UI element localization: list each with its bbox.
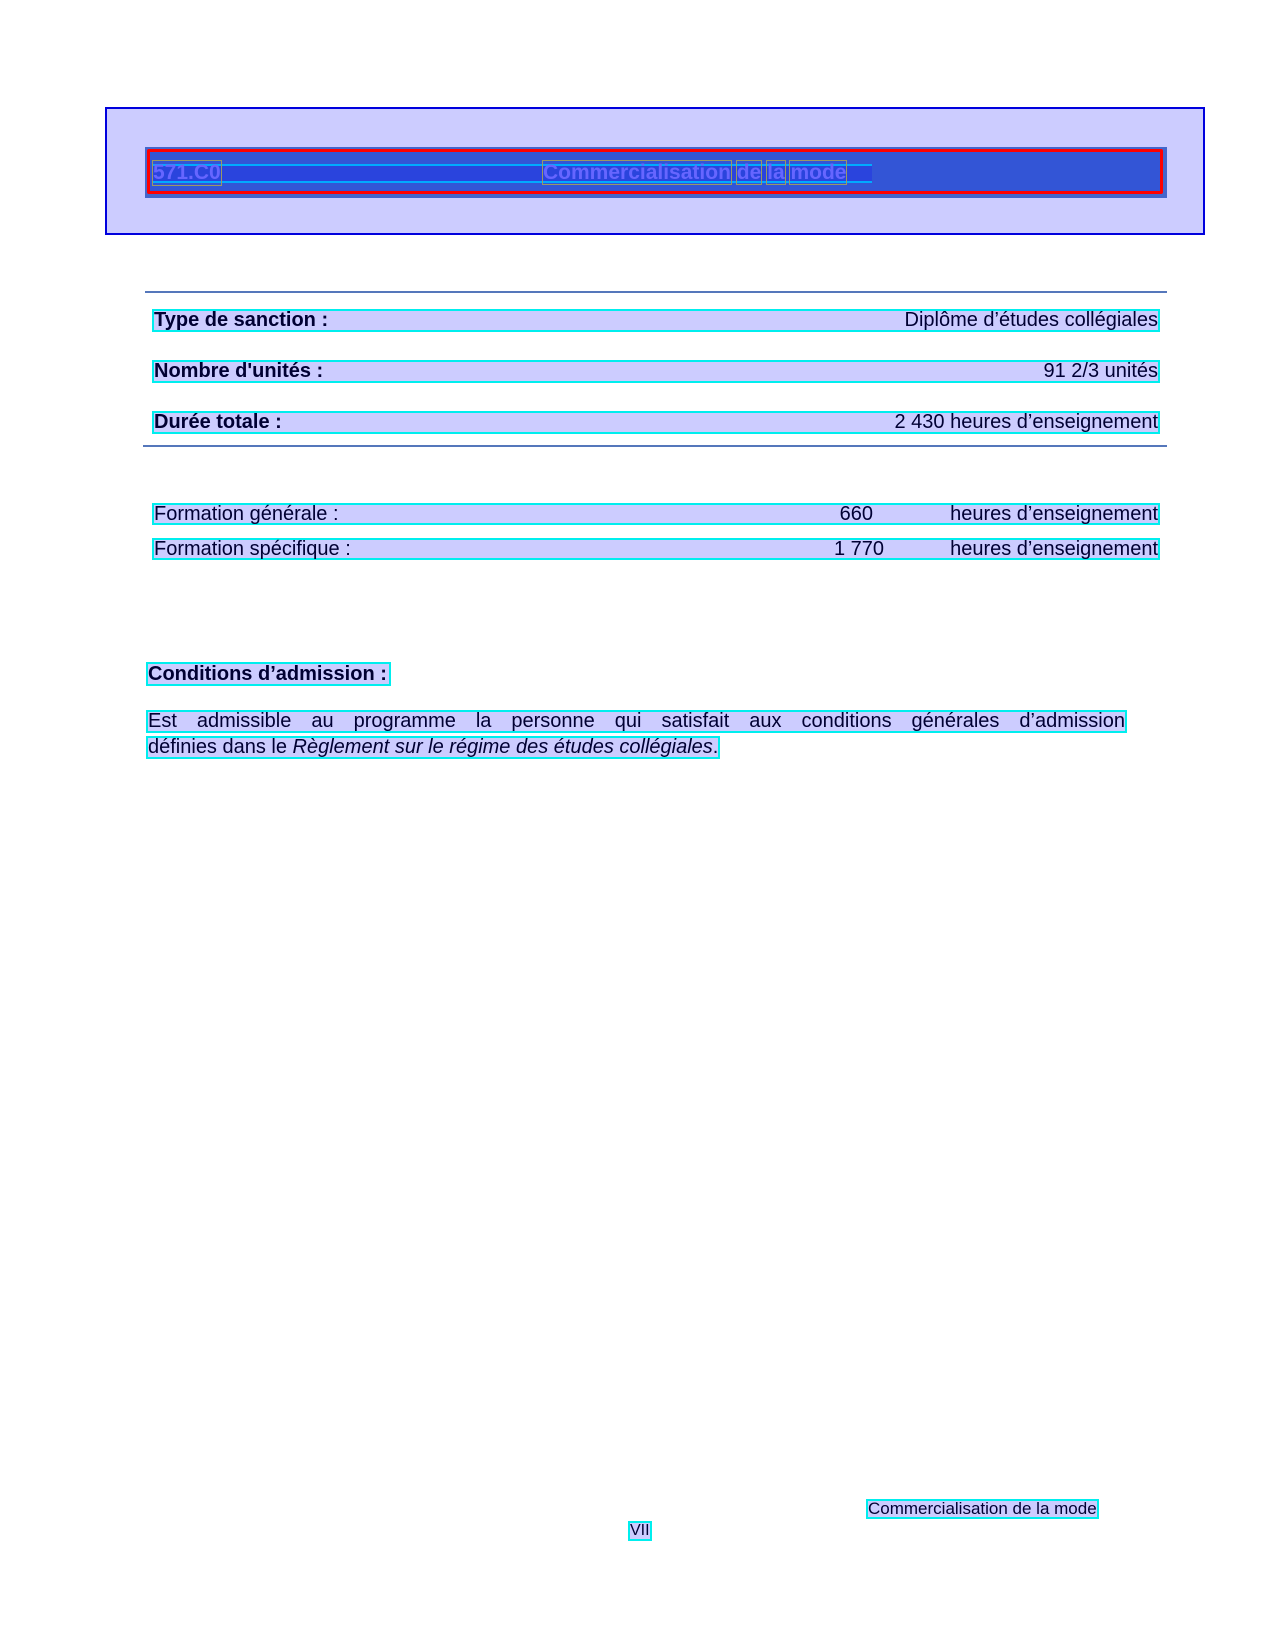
program-title-word: mode	[790, 161, 846, 184]
program-title-word: Commercialisation	[543, 161, 731, 184]
formation-hours: 660	[840, 505, 873, 523]
summary-label: Durée totale :	[154, 413, 282, 432]
formation-label: Formation spécifique :	[154, 540, 351, 558]
footer-title: Commercialisation de la mode	[868, 1501, 1097, 1517]
summary-label: Nombre d'unités :	[154, 362, 323, 381]
formation-label: Formation générale :	[154, 505, 339, 523]
admission-text-suffix: .	[713, 736, 719, 758]
program-title: Commercialisation de la mode	[543, 161, 846, 185]
summary-row-sanction: Type de sanction : Diplôme d’études coll…	[154, 311, 1158, 330]
program-title-word: la	[767, 161, 785, 184]
program-title-word: de	[737, 161, 762, 184]
page-number: VII	[630, 1523, 650, 1539]
formation-row-specific: Formation spécifique : 1 770 heures d’en…	[154, 540, 1158, 558]
regulation-title: Règlement sur le régime des études collé…	[293, 736, 713, 758]
formation-unit: heures d’enseignement	[950, 540, 1158, 558]
admission-heading: Conditions d’admission :	[148, 664, 389, 684]
formation-row-general: Formation générale : 660 heures d’enseig…	[154, 505, 1158, 523]
summary-row-units: Nombre d'unités : 91 2/3 unités	[154, 362, 1158, 381]
divider-top	[145, 291, 1167, 293]
summary-value: 2 430 heures d’enseignement	[894, 413, 1158, 432]
divider-bottom	[143, 445, 1167, 447]
admission-text-prefix: définies dans le	[148, 736, 293, 758]
summary-value: 91 2/3 unités	[1043, 362, 1158, 381]
program-code: 571.C0	[153, 161, 221, 185]
summary-label: Type de sanction :	[154, 311, 328, 330]
formation-hours: 1 770	[834, 540, 884, 558]
admission-text-line-1: Est admissible au programme la personne …	[148, 712, 1125, 731]
admission-text-line-2: définies dans le Règlement sur le régime…	[148, 738, 718, 757]
summary-row-duration: Durée totale : 2 430 heures d’enseigneme…	[154, 413, 1158, 432]
formation-unit: heures d’enseignement	[950, 505, 1158, 523]
summary-value: Diplôme d’études collégiales	[905, 311, 1158, 330]
